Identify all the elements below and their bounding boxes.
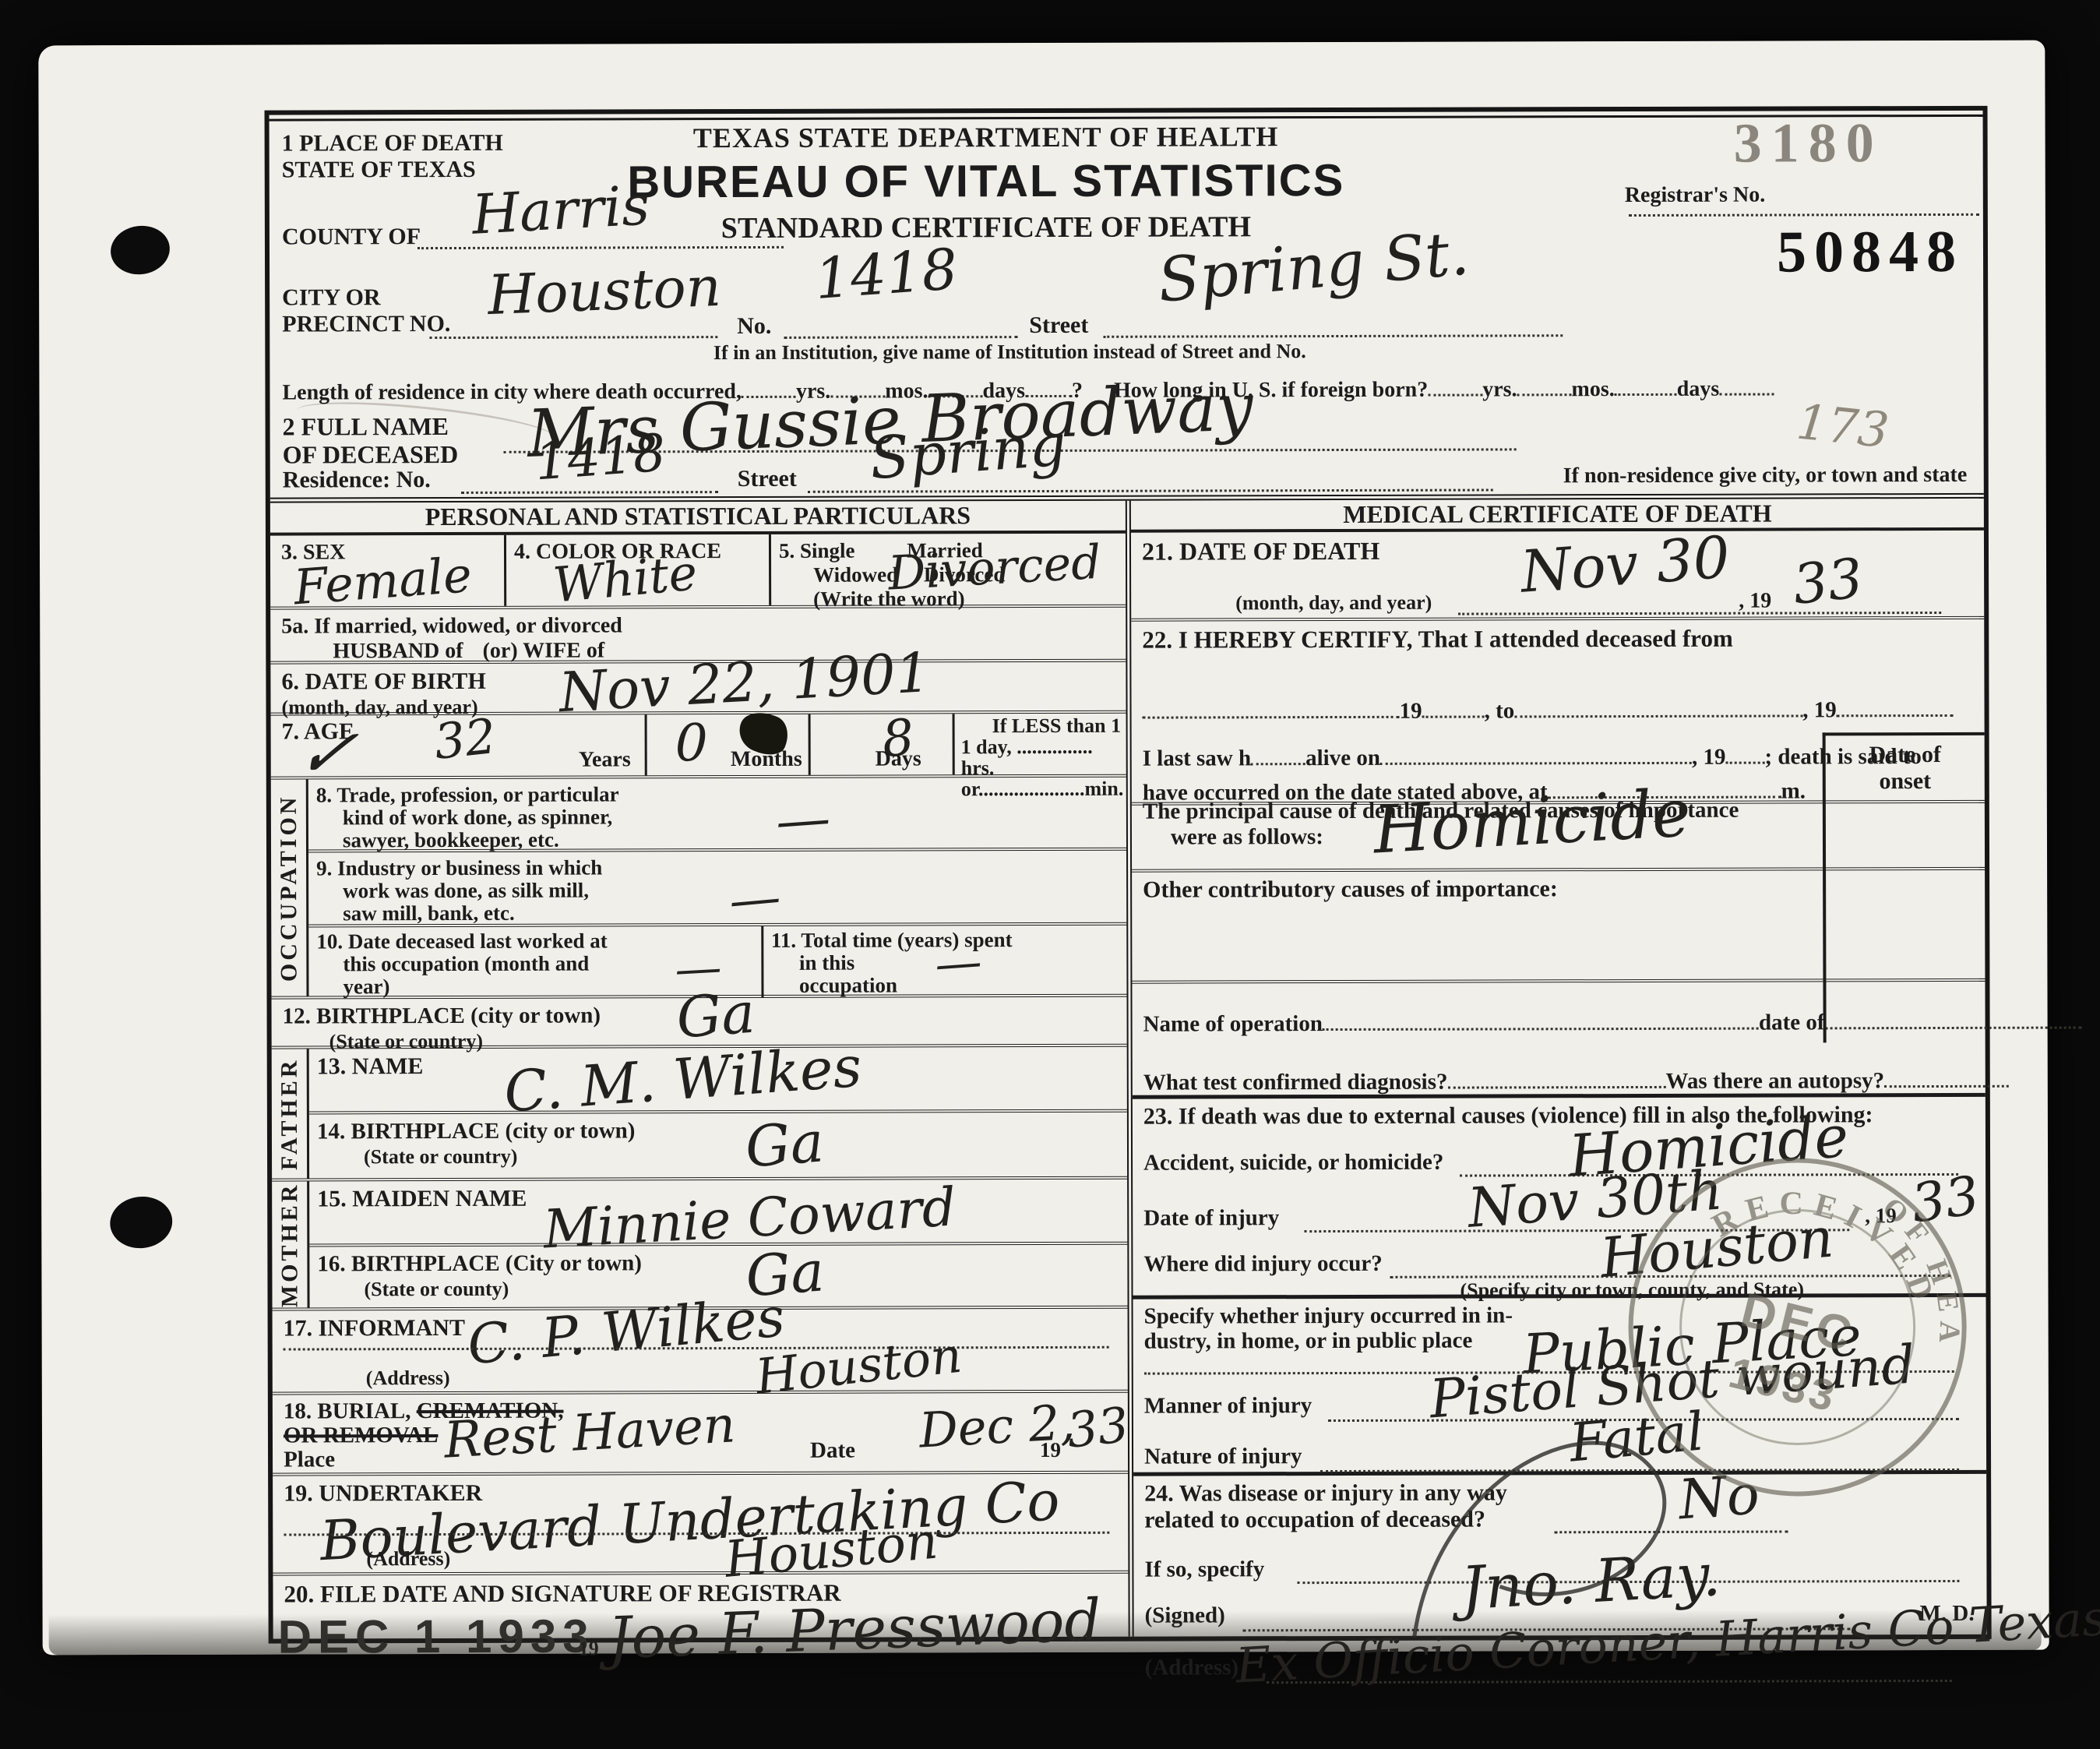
test-row: What test confirmed diagnosis? Was there… [1133, 1048, 1985, 1099]
age-months-label: Months [731, 747, 802, 772]
medical-section-title: MEDICAL CERTIFICATE OF DEATH [1131, 499, 1984, 533]
lastworked-label-2: this occupation (month and [343, 952, 589, 976]
father-strip: FATHER [272, 1049, 309, 1178]
mother-rows: 15. MAIDEN NAME Minnie Coward 16. BIRTHP… [309, 1180, 1127, 1308]
registrar-signature-handwritten: Joe F. Presswood [607, 1592, 1101, 1668]
nature-label: Nature of injury [1144, 1444, 1302, 1470]
columns: PERSONAL AND STATISTICAL PARTICULARS 3. … [270, 499, 1987, 1639]
dod-label: 21. DATE OF DEATH [1142, 537, 1379, 566]
burial-strike-2: OR REMOVAL [284, 1423, 439, 1448]
certify-to: , to [1485, 699, 1515, 725]
mother-group: MOTHER 15. MAIDEN NAME Minnie Coward 16.… [272, 1180, 1127, 1311]
lastsaw-3: , 19 [1692, 745, 1726, 770]
mother-name-label: 15. MAIDEN NAME [317, 1186, 527, 1212]
marital-handwritten: Divorced [887, 539, 1102, 598]
industry-label-1: 9. Industry or business in which [316, 855, 602, 880]
trade-label-1: 8. Trade, profession, or particular [316, 782, 619, 806]
onset-label-1: Date of [1869, 742, 1941, 767]
age-cell: 7. AGE ✓ 32 Years [271, 714, 645, 776]
occupation-strip: OCCUPATION [271, 779, 309, 996]
bureau-title: BUREAU OF VITAL STATISTICS [604, 154, 1368, 209]
personal-column: PERSONAL AND STATISTICAL PARTICULARS 3. … [270, 501, 1134, 1639]
nonresidence-note: If non-residence give city, or town and … [1563, 463, 1968, 488]
lastsaw-1: I last saw h [1143, 746, 1251, 772]
age-years-handwritten: 32 [432, 712, 499, 767]
marital-widowed-label: Widowed [813, 562, 898, 586]
father-name-label: 13. NAME [317, 1053, 424, 1079]
mother-birthplace-label: 16. BIRTHPLACE (City or town) [317, 1250, 642, 1276]
personal-section-title: PERSONAL AND STATISTICAL PARTICULARS [270, 501, 1126, 536]
yrs-label-2: yrs. [1482, 377, 1517, 402]
occupation-rows: 8. Trade, profession, or particular kind… [308, 778, 1127, 996]
less-than-day-cell: If LESS than 1 1 day, ............... hr… [953, 714, 1126, 775]
dod-year-handwritten: 33 [1791, 551, 1866, 612]
city-label-2: PRECINCT NO. [282, 311, 450, 338]
race-handwritten: White [551, 548, 699, 609]
birthplace-row: 12. BIRTHPLACE (city or town) (State or … [272, 997, 1127, 1049]
trade-label-3: sawyer, bookkeeper, etc. [343, 828, 559, 852]
punch-hole-top [107, 222, 173, 278]
injury-specify-1: Specify whether injury occurred in in- [1144, 1303, 1513, 1328]
days-cell: 8 Days [809, 714, 953, 774]
undertaker-row: 19. UNDERTAKER Boulevard Undertaking Co … [273, 1474, 1128, 1576]
medical-column: MEDICAL CERTIFICATE OF DEATH 21. DATE OF… [1131, 499, 1987, 1637]
residence-label: Residence: No. [283, 467, 431, 493]
father-birthplace-handwritten: Ga [744, 1113, 826, 1175]
certificate-form: TEXAS STATE DEPARTMENT OF HEALTH BUREAU … [265, 106, 1992, 1644]
informant-label: 17. INFORMANT [284, 1315, 465, 1342]
totaltime-handwritten-dash: — [933, 938, 983, 988]
date-of-death-row: 21. DATE OF DEATH (month, day, and year)… [1131, 531, 1984, 622]
house-no-fill-line [784, 312, 1017, 339]
injury-where-label: Where did injury occur? [1143, 1251, 1382, 1278]
occupation-group: OCCUPATION 8. Trade, profession, or part… [271, 778, 1127, 1000]
marital-cell: 5. Single Married Widowed Divorced (Writ… [769, 534, 1126, 605]
ifso-label: If so, specify [1144, 1557, 1264, 1582]
residence-number-handwritten: 1418 [534, 427, 668, 488]
age-days-label: Days [876, 746, 921, 771]
mother-name-row: 15. MAIDEN NAME Minnie Coward [309, 1180, 1127, 1247]
burial-date-year-handwritten: 33 [1065, 1401, 1131, 1455]
certify-19b: , 19 [1802, 698, 1837, 724]
father-birthplace-sub: (State or country) [364, 1145, 517, 1169]
father-name-handwritten: C. M. Wilkes [502, 1038, 864, 1120]
contributory-label: Other contributory causes of importance: [1143, 876, 1558, 903]
city-label-1: CITY OR [282, 284, 380, 311]
certificate-number-stamp: 50848 [1777, 218, 1964, 287]
age-months-handwritten: 0 [675, 718, 708, 769]
days-label-2: days [1677, 377, 1720, 402]
burial-row: 18. BURIAL, CREMATION, OR REMOVAL Place … [273, 1393, 1128, 1476]
mother-vertical-label: MOTHER [277, 1182, 303, 1307]
lastsaw-line: I last saw h alive on , 19 ; death is sa… [1143, 738, 1922, 772]
physician-address-row: (Address) Ex Officio Coroner, Harris Co … [1134, 1630, 1987, 1637]
date-of-onset-box: Date of onset [1823, 732, 1985, 1043]
birthplace-label: 12. BIRTHPLACE (city or town) [283, 1003, 601, 1028]
spouse-label-2: HUSBAND of [333, 639, 463, 663]
mother-birthplace-sub: (State or county) [364, 1278, 509, 1300]
informant-address-label: (Address) [366, 1366, 450, 1390]
form-header: TEXAS STATE DEPARTMENT OF HEALTH BUREAU … [270, 111, 1984, 503]
less-label-2: 1 day, ............... hrs. [961, 735, 1093, 779]
age-row: 7. AGE ✓ 32 Years 0 Months 8 Days [271, 714, 1126, 780]
registrar-no-label: Registrar's No. [1625, 183, 1765, 208]
certify-dates-line: 19 , to , 19 [1142, 691, 1953, 725]
occurred-2: m. [1781, 779, 1806, 805]
marital-single-label: 5. Single [779, 539, 855, 562]
industry-row: 9. Industry or business in which work wa… [308, 851, 1126, 928]
father-birthplace-row: 14. BIRTHPLACE (city or town) (State or … [309, 1113, 1127, 1179]
dod-handwritten: Nov 30 [1519, 528, 1732, 601]
county-label: COUNTY OF [282, 224, 421, 250]
signed-label: (Signed) [1145, 1603, 1225, 1628]
certify-19a: 19 [1400, 699, 1422, 725]
trade-row: 8. Trade, profession, or particular kind… [308, 778, 1126, 853]
fullname-label-1: 2 FULL NAME [283, 412, 449, 442]
sex-race-marital-row: 3. SEX Female 4. COLOR OR RACE White 5. … [270, 534, 1126, 610]
certify-label: 22. I HEREBY CERTIFY, That I attended de… [1142, 625, 1733, 654]
race-cell: 4. COLOR OR RACE White [504, 534, 769, 606]
sex-handwritten: Female [292, 551, 473, 612]
autopsy-label: Was there an autopsy? [1665, 1069, 1884, 1095]
occupation-rel-2: related to occupation of deceased? [1144, 1507, 1485, 1533]
manner-label: Manner of injury [1144, 1393, 1312, 1419]
injury-date-label: Date of injury [1143, 1205, 1279, 1231]
lastworked-label-3: year) [343, 975, 389, 998]
department-title: TEXAS STATE DEPARTMENT OF HEALTH [604, 120, 1368, 155]
operation-label: Name of operation [1143, 1011, 1323, 1038]
mos-label-2: mos. [1571, 377, 1614, 402]
dob-label: 6. DATE OF BIRTH [281, 668, 485, 695]
death-certificate-scan: TEXAS STATE DEPARTMENT OF HEALTH BUREAU … [38, 41, 2049, 1656]
father-rows: 13. NAME C. M. Wilkes 14. BIRTHPLACE (ci… [309, 1047, 1127, 1179]
lastworked-label-1: 10. Date deceased last worked at [316, 929, 608, 953]
dob-row: 6. DATE OF BIRTH (month, day, and year) … [270, 662, 1126, 716]
lastsaw-2: alive on [1305, 746, 1380, 771]
registrar-fill-line [1629, 210, 1979, 217]
father-vertical-label: FATHER [276, 1057, 302, 1170]
city-handwritten: Houston [487, 259, 722, 323]
external-causes-row: 23. If death was due to external causes … [1133, 1097, 1985, 1130]
fullname-label-2: OF DECEASED [283, 440, 459, 470]
test-label: What test confirmed diagnosis? [1143, 1070, 1448, 1096]
totaltime-label-2: in this [799, 951, 854, 975]
industry-label-2: work was done, as silk mill, [343, 879, 589, 903]
sex-cell: 3. SEX Female [270, 535, 504, 607]
trade-label-2: kind of work done, as spinner, [343, 805, 612, 829]
residence-street-label: Street [738, 466, 797, 492]
dod-fill-line [1458, 612, 1941, 615]
totaltime-label-3: occupation [799, 973, 897, 996]
onset-label-2: onset [1879, 768, 1931, 794]
industry-handwritten-dash: — [727, 871, 783, 927]
birthplace-handwritten: Ga [675, 985, 756, 1046]
father-name-row: 13. NAME C. M. Wilkes [309, 1047, 1127, 1115]
accident-label: Accident, suicide, or homicide? [1143, 1150, 1443, 1176]
burial-place-label: Place [284, 1447, 335, 1472]
street-label: Street [1029, 312, 1088, 339]
county-handwritten: Harris [470, 178, 651, 242]
less-label-1: If LESS than 1 [992, 714, 1122, 737]
signed-handwritten: Jno. Ray. [1460, 1545, 1722, 1618]
file-19-label: 19 [579, 1637, 599, 1660]
principal-cause-handwritten: Homicide [1372, 781, 1693, 863]
institution-note: If in an Institution, give name of Insti… [659, 340, 1360, 365]
father-group: FATHER 13. NAME C. M. Wilkes 14. BIRTHPL… [272, 1047, 1127, 1182]
occupation-vertical-label: OCCUPATION [275, 794, 302, 982]
file-date-stamp: DEC 1 1933 [278, 1610, 595, 1664]
informant-row: 17. INFORMANT C. P. Wilkes Houston (Addr… [273, 1309, 1128, 1395]
operation-date-label: date of [1759, 1010, 1825, 1035]
punch-hole-bottom [107, 1194, 175, 1251]
state-of-texas-label: STATE OF TEXAS [282, 157, 476, 184]
undertaker-address-label: (Address) [366, 1547, 450, 1571]
age-years-label: Years [579, 747, 631, 772]
place-of-death-label: 1 PLACE OF DEATH [282, 130, 503, 157]
trade-handwritten-dash: — [773, 790, 832, 848]
burial-place-handwritten: Rest Haven [442, 1400, 736, 1465]
residence-street-handwritten: Spring [868, 416, 1068, 488]
house-number-handwritten: 1418 [813, 241, 960, 307]
stamp-month: DEC [1735, 1283, 1861, 1363]
burial-date-19: 19 [1040, 1438, 1061, 1462]
dod-sub-label: (month, day, and year) [1235, 591, 1432, 615]
industry-label-3: saw mill, bank, etc. [343, 901, 515, 926]
spouse-label-1: 5a. If married, widowed, or divorced [281, 613, 622, 638]
house-no-label: No. [737, 313, 771, 340]
registrar-row: 20. FILE DATE AND SIGNATURE OF REGISTRAR… [273, 1574, 1128, 1639]
burial-label: 18. BURIAL, [284, 1398, 411, 1423]
months-cell: 0 Months [645, 714, 809, 776]
father-birthplace-label: 14. BIRTHPLACE (city or town) [317, 1118, 636, 1144]
mother-strip: MOTHER [272, 1181, 309, 1307]
address-label: (Address) [1145, 1655, 1239, 1680]
injury-specify-2: dustry, in home, or in public place [1144, 1328, 1473, 1354]
totaltime-cell: 11. Total time (years) spent in this occ… [761, 926, 1127, 997]
stamp-year: 1933 [1725, 1347, 1843, 1421]
pencil-number: 173 [1794, 393, 1891, 459]
dod-19-label: , 19 [1739, 589, 1771, 614]
registrar-number-stamp: 3180 [1734, 111, 1883, 176]
burial-date-label: Date [810, 1439, 855, 1463]
occupation-rel-1: 24. Was disease or injury in any way [1144, 1479, 1507, 1506]
